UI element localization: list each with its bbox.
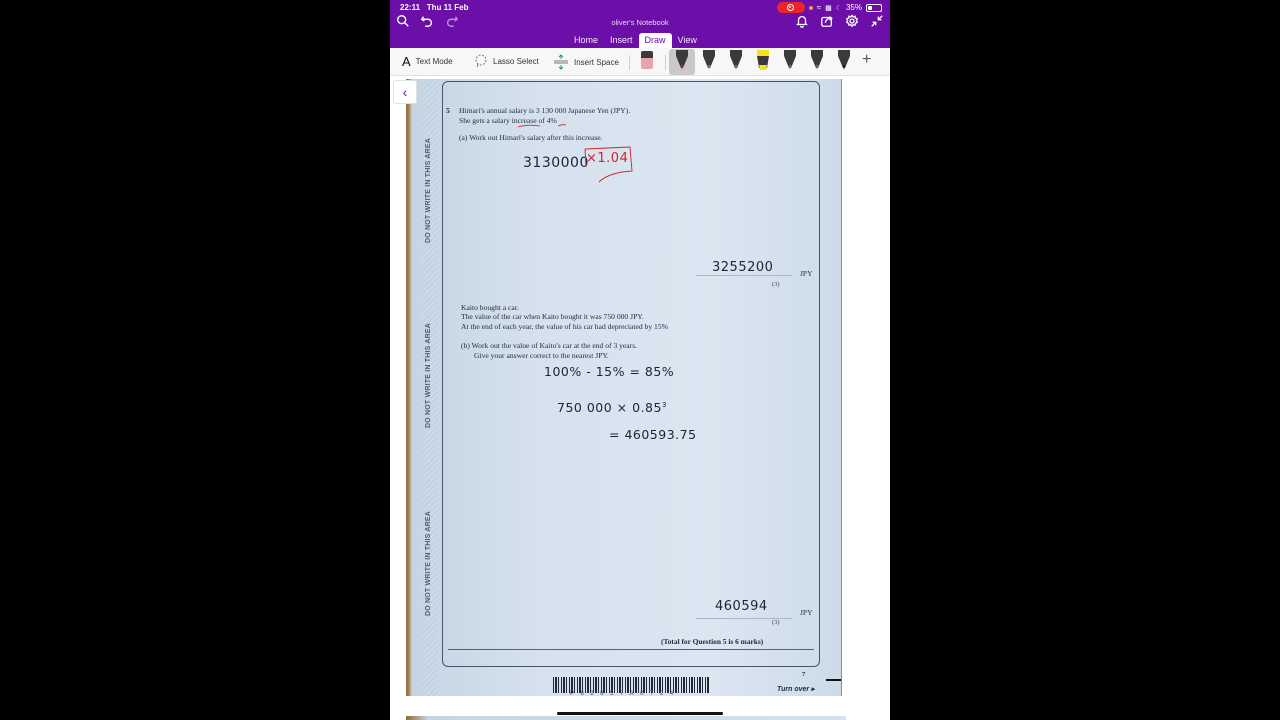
chevron-left-icon: ‹: [403, 84, 408, 100]
barcode-text: P62657A0724: [570, 691, 680, 697]
part-a-working: 3130000: [523, 155, 589, 171]
battery-icon: [866, 4, 882, 12]
eraser-tool[interactable]: [641, 51, 653, 69]
status-time: 22:11 Thu 11 Feb: [400, 3, 469, 12]
page-tick-mark: [826, 679, 842, 681]
text-mode-button[interactable]: A Text Mode: [402, 54, 453, 69]
next-page-photo-edge: [406, 716, 846, 720]
collapse-icon[interactable]: [869, 13, 885, 29]
rainbow-pen-tool[interactable]: [783, 50, 797, 72]
wifi-icon: ≈: [817, 3, 821, 12]
lock-rotation-icon: ▩: [825, 4, 832, 12]
kaito-line-3: At the end of each year, the value of hi…: [461, 322, 668, 332]
green-pen-tool[interactable]: [729, 50, 743, 72]
part-b-marks: (3): [772, 619, 780, 626]
notebook-title: oliver's Notebook: [390, 18, 890, 27]
black-pen-tool[interactable]: [837, 50, 851, 72]
settings-icon[interactable]: [844, 13, 860, 29]
onenote-app: 22:11 Thu 11 Feb ≈ ▩ ☾ 35% oliver's Note…: [390, 0, 890, 720]
part-b-prompt-1: (b) Work out the value of Kaito's car at…: [461, 341, 637, 351]
part-b-working-2: 750 000 × 0.853: [557, 400, 667, 415]
note-canvas[interactable]: ‹ DO NOT WRITE IN THIS AREA DO NOT WRITE…: [390, 76, 890, 720]
part-a-marks: (3): [772, 281, 780, 288]
exam-page-photo: DO NOT WRITE IN THIS AREA DO NOT WRITE I…: [406, 79, 842, 696]
part-a-answer: 3255200: [712, 260, 773, 275]
question-number: 5: [446, 106, 450, 116]
home-indicator[interactable]: [557, 712, 723, 715]
red-box-annotation: [582, 145, 638, 185]
insert-space-icon: [553, 54, 569, 70]
part-b-prompt-2: Give your answer correct to the nearest …: [474, 351, 609, 361]
red-underline-annotation: [506, 123, 576, 129]
insert-space-button[interactable]: Insert Space: [553, 54, 619, 70]
turn-over-label: Turn over ▸: [777, 685, 815, 693]
moon-icon: ☾: [836, 4, 842, 12]
margin-label-3: DO NOT WRITE IN THIS AREA: [422, 503, 436, 623]
margin-label-2: DO NOT WRITE IN THIS AREA: [422, 315, 436, 435]
tab-home[interactable]: Home: [568, 33, 604, 48]
ribbon-tabs: Home Insert Draw View: [568, 33, 703, 48]
app-header: 22:11 Thu 11 Feb ≈ ▩ ☾ 35% oliver's Note…: [390, 0, 890, 48]
draw-toolbar: A Text Mode Lasso Select Insert Space: [390, 48, 890, 76]
battery-percent: 35%: [846, 3, 862, 12]
question-intro-1: Himari's annual salary is 3 130 000 Japa…: [459, 106, 630, 116]
part-a-currency: JPY: [800, 269, 813, 278]
blue-pen-tool[interactable]: [702, 50, 716, 72]
margin-label-1: DO NOT WRITE IN THIS AREA: [422, 125, 436, 255]
question-total: (Total for Question 5 is 6 marks): [661, 637, 763, 647]
bottom-rule: [448, 649, 814, 650]
mic-indicator-icon: [809, 6, 813, 10]
screen-recording-icon[interactable]: [777, 2, 805, 13]
answer-line-a: [696, 275, 792, 276]
part-a-prompt: (a) Work out Himari's salary after this …: [459, 133, 603, 143]
galaxy-pen-tool[interactable]: [810, 50, 824, 72]
tab-draw[interactable]: Draw: [639, 33, 672, 48]
part-b-working-1: 100% - 15% = 85%: [544, 364, 674, 379]
yellow-highlighter-tool[interactable]: [756, 50, 770, 72]
share-icon[interactable]: [819, 13, 835, 29]
lasso-icon: [474, 54, 488, 68]
part-b-working-3: = 460593.75: [609, 427, 697, 442]
page-number: 7: [802, 671, 805, 678]
add-pen-button[interactable]: +: [862, 51, 871, 69]
photo-edge: [841, 79, 842, 696]
part-b-currency: JPY: [800, 608, 813, 617]
back-button[interactable]: ‹: [393, 80, 417, 104]
bell-icon[interactable]: [794, 13, 810, 29]
status-indicators: ≈ ▩ ☾ 35%: [777, 2, 882, 13]
red-pen-tool[interactable]: [675, 50, 689, 72]
tab-view[interactable]: View: [672, 33, 703, 48]
tab-insert[interactable]: Insert: [604, 33, 639, 48]
lasso-select-button[interactable]: Lasso Select: [474, 54, 539, 68]
text-mode-icon: A: [402, 54, 411, 69]
kaito-line-2: The value of the car when Kaito bought i…: [461, 312, 644, 322]
part-b-answer: 460594: [715, 599, 768, 614]
